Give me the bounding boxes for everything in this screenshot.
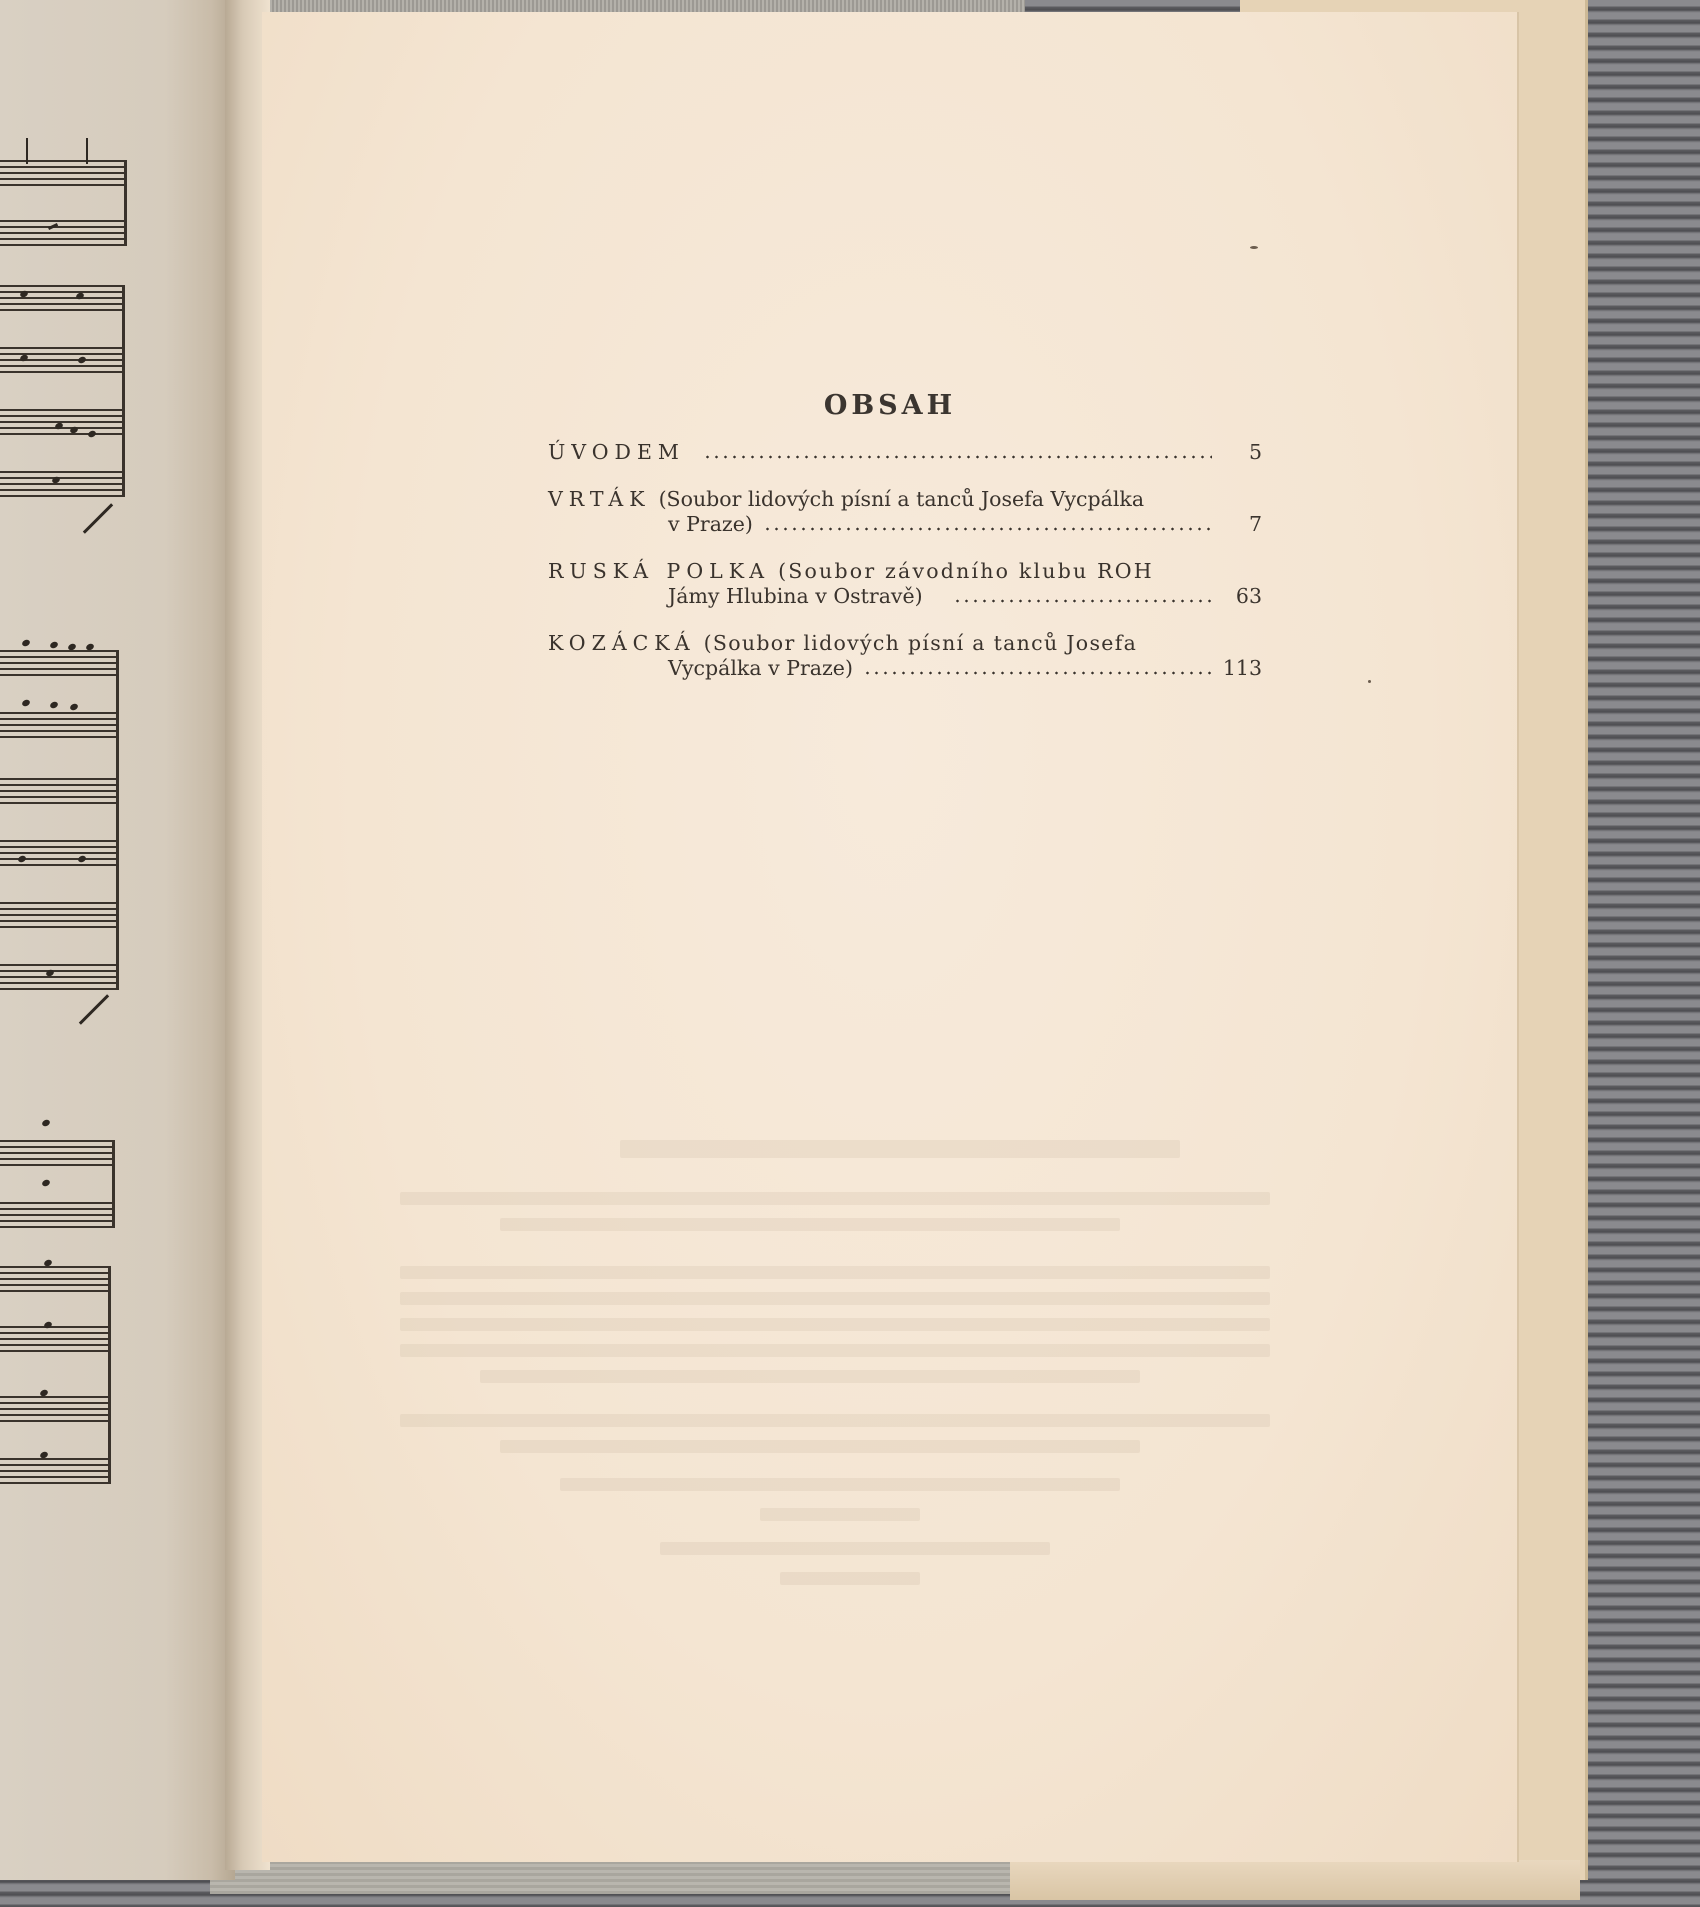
dot-leader: [703, 455, 1212, 459]
dot-leader: [953, 599, 1212, 603]
bleed-through-line: [400, 1266, 1270, 1279]
note-head: [49, 701, 59, 710]
toc-entry: ÚVODEM 5: [548, 440, 1262, 465]
barline: [112, 1140, 115, 1228]
bleed-through-line: [400, 1292, 1270, 1305]
note-head: [41, 1119, 51, 1128]
toc-page-number: 7: [1222, 512, 1262, 537]
bleed-through-line: [660, 1542, 1050, 1555]
toc-entry-description-cont: Vycpálka v Praze): [668, 656, 853, 681]
toc-page-number: 63: [1222, 584, 1262, 609]
toc-entry-description: (Soubor závodního klubu ROH: [778, 559, 1154, 584]
continuation-slash: [83, 503, 113, 533]
paper-speck: [1368, 680, 1371, 683]
headband-bottom: [210, 1858, 1010, 1894]
toc-entry-heading: KOZÁCKÁ: [548, 631, 696, 656]
music-staff: [0, 347, 124, 373]
music-staff: [0, 1458, 110, 1484]
note-stem: [86, 138, 88, 164]
toc-entry-description-cont: v Praze): [668, 512, 753, 537]
music-staff: [0, 220, 126, 246]
music-staff: [0, 285, 124, 311]
paper-speck: [1250, 246, 1258, 249]
toc-entry-heading: RUSKÁ POLKA: [548, 559, 770, 584]
music-staff: [0, 964, 118, 990]
barline: [108, 1266, 111, 1484]
note-head: [41, 1179, 51, 1188]
toc-entry-heading: ÚVODEM: [548, 440, 685, 465]
toc-entry-description: (Soubor lidových písní a tanců Josefa: [704, 631, 1138, 656]
bleed-through-line: [400, 1192, 1270, 1205]
music-staff: [0, 1202, 114, 1228]
music-staff: [0, 1326, 110, 1352]
bleed-through-line: [620, 1140, 1180, 1158]
note-head: [21, 699, 31, 708]
music-staff: [0, 778, 118, 804]
note-head: [49, 641, 59, 650]
music-staff: [0, 1266, 110, 1292]
barline: [124, 160, 127, 246]
dot-leader: [763, 527, 1212, 531]
note-head: [69, 703, 79, 712]
note-head: [87, 430, 97, 439]
bleed-through-line: [480, 1370, 1140, 1383]
music-staff: [0, 1396, 110, 1422]
toc-title: OBSAH: [40, 390, 1700, 421]
bleed-through-line: [760, 1508, 920, 1521]
music-staff: [0, 902, 118, 928]
toc-entry-description: (Soubor lidových písní a tanců Josefa Vy…: [659, 487, 1145, 512]
bleed-through-line: [400, 1318, 1270, 1331]
music-staff: [0, 712, 118, 738]
left-page: [0, 0, 235, 1880]
bleed-through-line: [500, 1440, 1140, 1453]
music-staff: [0, 650, 118, 676]
bleed-through-line: [400, 1414, 1270, 1427]
music-staff: [0, 160, 126, 186]
bleed-through-line: [500, 1218, 1120, 1231]
toc-entry: KOZÁCKÁ (Soubor lidových písní a tanců J…: [548, 631, 1262, 681]
toc-entry: RUSKÁ POLKA (Soubor závodního klubu ROH …: [548, 559, 1262, 609]
table-of-contents: ÚVODEM 5 VRTÁK (Soubor lidových písní a …: [548, 440, 1262, 703]
cover-bottom-edge: [1010, 1860, 1580, 1900]
music-staff: [0, 840, 118, 866]
note-stem: [26, 138, 28, 164]
toc-entry-description-cont: Jámy Hlubina v Ostravě): [668, 584, 923, 609]
bleed-through-line: [400, 1344, 1270, 1357]
toc-page-number: 113: [1222, 656, 1262, 681]
bleed-through-line: [780, 1572, 920, 1585]
bleed-through-line: [560, 1478, 1120, 1491]
music-staff: [0, 471, 124, 497]
dot-leader: [863, 671, 1212, 675]
continuation-slash: [79, 994, 109, 1024]
toc-page-number: 5: [1222, 440, 1262, 465]
note-head: [21, 639, 31, 648]
barline: [116, 650, 119, 990]
toc-entry-heading: VRTÁK: [548, 487, 651, 512]
music-staff: [0, 1140, 114, 1166]
toc-entry: VRTÁK (Soubor lidových písní a tanců Jos…: [548, 487, 1262, 537]
